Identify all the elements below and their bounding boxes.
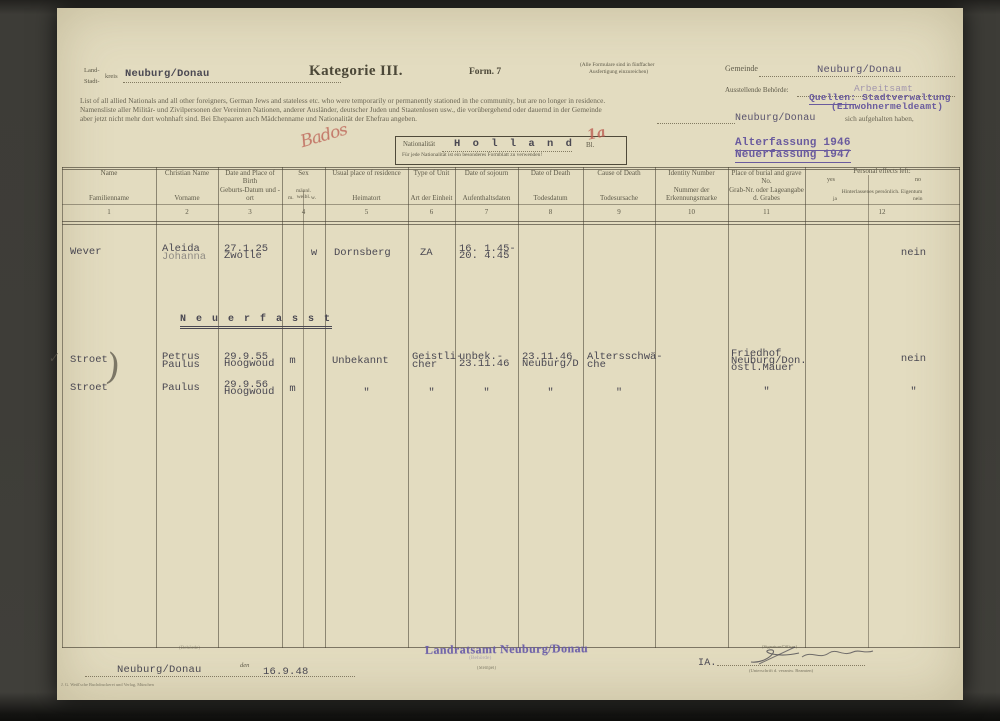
gemeinde-label: Gemeinde: [725, 64, 758, 73]
row-death-place: Neuburg/D: [522, 359, 579, 369]
header-en: Personal effects left:: [806, 168, 958, 176]
place-typed: Neuburg/Donau: [117, 664, 202, 676]
table-line: [583, 167, 584, 648]
row-name: Stroet: [70, 355, 108, 365]
col-num: 9: [583, 208, 655, 221]
behoerde-label: Ausstellende Behörde:: [725, 86, 789, 94]
header-de: Todesursache: [584, 195, 654, 203]
kreis-value: Neuburg/Donau: [125, 68, 210, 80]
row-name: Stroet: [70, 383, 108, 393]
header-nein: nein: [913, 196, 922, 202]
row-effects: nein: [868, 354, 959, 364]
header-de: Art der Einheit: [409, 195, 454, 203]
ia-typed: IA.: [698, 658, 717, 669]
table-line: [282, 167, 283, 648]
page-title: Kategorie III.: [309, 63, 403, 80]
row-residence-ditto: ": [325, 388, 408, 398]
copies-note-line1: (Alle Formulare sind in fünffacher: [580, 62, 654, 68]
row-firstname2: Paulus: [162, 360, 200, 370]
table-line: [408, 167, 409, 648]
behoerde-small-label: (Behörde): [179, 645, 200, 651]
row-residence: Unbekannt: [332, 356, 389, 366]
header-en: Usual place of residence: [326, 170, 407, 178]
neuerfassung: Neuerfassung 1947: [735, 149, 851, 163]
row-unit2: cher: [412, 360, 437, 370]
nationality-value: H o l l a n d: [454, 138, 575, 150]
header-sex-m: m.: [288, 195, 294, 201]
check-mark: ✓: [47, 350, 60, 366]
table-line: [868, 175, 869, 648]
row-birthplace: Hoogwoud: [224, 387, 274, 397]
header-en: Date of sojourn: [456, 170, 517, 178]
date-typed: 16.9.48: [263, 666, 309, 678]
intro-line2: Namensliste aller Militär- und Zivilpers…: [80, 105, 602, 114]
header-en: Sex: [283, 170, 324, 178]
gemeinde-value: Neuburg/Donau: [817, 64, 902, 76]
table-line: [218, 167, 219, 648]
row-unit-ditto: ": [408, 388, 455, 398]
row-birthplace: Zwolle: [224, 251, 262, 261]
signature-label-bottom: (Unterschrift d. verantw. Beamten): [749, 668, 813, 673]
row-birthplace: Hoogwoud: [224, 359, 274, 369]
table-line: [62, 167, 63, 648]
col-num: 7: [455, 208, 518, 221]
document-page: Land- kreis Stadt- Neuburg/Donau Kategor…: [57, 8, 963, 700]
nationality-note: Für jede Nationalität ist ein besonderes…: [402, 152, 542, 158]
header-en: Christian Name: [157, 170, 217, 178]
table-line: [62, 221, 960, 222]
dotted-line: [123, 81, 341, 83]
header-en: Identity Number: [656, 170, 727, 178]
row-firstname2: Johanna: [162, 252, 206, 262]
header-cell-burial: Place of burial and grave No. Grab-Nr. o…: [728, 167, 805, 204]
col-num: 8: [518, 208, 583, 221]
col-num: 10: [655, 208, 728, 221]
row-sex: m: [282, 384, 303, 394]
intro-line3: aber jetzt nicht mehr dort wohnhaft sind…: [80, 114, 417, 123]
header-cell-effects: Personal effects left: yes no Hinterlass…: [805, 167, 959, 204]
authority-stamp: Landratsamt Neuburg/Donau: [425, 641, 588, 658]
copies-note-line2: Ausfertigung einzureichen): [589, 69, 648, 75]
row-sex: m: [282, 356, 303, 366]
form-number: Form. 7: [469, 67, 501, 77]
header-de: Nummer der Erkennungsmarke: [656, 187, 727, 202]
header-de: Grab-Nr. oder Lageangabe d. Grabes: [729, 187, 804, 202]
header-en: Type of Unit: [409, 170, 454, 178]
intro-line1: List of all allied Nationals and all oth…: [80, 96, 605, 105]
dotted-line: [657, 122, 735, 124]
row-cause-ditto: ": [583, 388, 655, 398]
row-sex: w: [303, 248, 325, 258]
header-yes: yes: [827, 177, 835, 183]
table-line: [303, 191, 304, 648]
header-cell-unit: Type of Unit Art der Einheit: [408, 167, 455, 204]
col-num: 12: [805, 208, 959, 221]
table-line: [728, 167, 729, 648]
printer-imprint: J. G. Weiß'sche Buchdruckerei und Verlag…: [61, 682, 154, 687]
nationality-label: Nationalität: [403, 141, 435, 148]
kreis-label: kreis: [105, 73, 118, 80]
header-de: Aufenthaltsdaten: [456, 195, 517, 203]
header-de: Familienname: [63, 195, 155, 203]
section-heading: N e u e r f a s s t: [180, 315, 332, 329]
header-ja: ja: [833, 196, 837, 202]
header-en: Date of Death: [519, 170, 582, 178]
red-handwriting: Bados: [298, 120, 349, 152]
land-label: Land-: [84, 67, 100, 74]
header-de: Todesdatum: [519, 195, 582, 203]
header-no: no: [915, 177, 921, 183]
row-burial-ditto: ": [728, 387, 805, 397]
row-sojourn2: 20. 4.45: [459, 251, 509, 261]
header-cell-sojourn: Date of sojourn Aufenthaltsdaten: [455, 167, 518, 204]
dotted-line: [717, 664, 865, 666]
row-unit: ZA: [420, 248, 433, 258]
row-effects: nein: [868, 248, 959, 258]
col-num: 6: [408, 208, 455, 221]
table-line: [805, 167, 806, 648]
record-table: Name Familienname Christian Name Vorname…: [62, 167, 960, 648]
gemeinde-typed-inline: Neuburg/Donau: [735, 113, 816, 124]
row-residence: Dornsberg: [334, 248, 391, 258]
row-name: Wever: [70, 247, 102, 257]
table-line: [62, 204, 960, 205]
table-line: [62, 224, 960, 225]
header-en: Name: [63, 170, 155, 178]
photo-background: Land- kreis Stadt- Neuburg/Donau Kategor…: [0, 0, 1000, 721]
stempel-label: (Stempel): [477, 666, 496, 671]
header-cell-death-date: Date of Death Todesdatum: [518, 167, 583, 204]
header-de: Heimatort: [326, 195, 407, 203]
row-burial3: östl.Mauer: [731, 363, 794, 373]
row-firstname: Paulus: [162, 383, 200, 393]
header-cell-name: Name Familienname: [62, 167, 156, 204]
row-effects-ditto: ": [868, 387, 959, 397]
table-line: [156, 167, 157, 648]
row-death-cause2: che: [587, 360, 606, 370]
header-en: Place of burial and grave No.: [729, 170, 804, 185]
header-de: Geburts-Datum und -ort: [219, 187, 281, 202]
header-cell-birth: Date and Place of Birth Geburts-Datum un…: [218, 167, 282, 204]
header-de: Vorname: [157, 195, 217, 203]
stadt-label: Stadt-: [84, 78, 100, 85]
table-line: [959, 167, 960, 648]
stamp-behoerde-label: (Behörde): [469, 655, 491, 661]
behoerde-einwohnermeldeamt: (Einwohnermeldeamt): [831, 101, 943, 112]
col-num: 2: [156, 208, 218, 221]
col-num: 4: [282, 208, 325, 221]
row-sojourn-ditto: ": [455, 388, 518, 398]
table-line: [655, 167, 656, 648]
den-label: den: [240, 662, 249, 669]
row-sojourn2: 23.11.46: [459, 359, 509, 369]
table-line: [325, 167, 326, 648]
header-en: Date and Place of Birth: [219, 170, 281, 185]
col-num: 5: [325, 208, 408, 221]
row-death-ditto: ": [518, 388, 583, 398]
header-en: Cause of Death: [584, 170, 654, 178]
header-cell-christian-name: Christian Name Vorname: [156, 167, 218, 204]
col-num: 3: [218, 208, 282, 221]
header-cell-death-cause: Cause of Death Todesursache: [583, 167, 655, 204]
col-num: 1: [62, 208, 156, 221]
table-line: [455, 167, 456, 648]
header-de: Hinterlassenes persönlich. Eigentum: [806, 189, 958, 197]
table-line: [518, 167, 519, 648]
col-num: 11: [728, 208, 805, 221]
header-sex-w: w.: [311, 195, 316, 201]
header-cell-residence: Usual place of residence Heimatort: [325, 167, 408, 204]
aufgehalten-suffix: sich aufgehalten haben,: [845, 114, 914, 123]
header-cell-identity: Identity Number Nummer der Erkennungsmar…: [655, 167, 728, 204]
